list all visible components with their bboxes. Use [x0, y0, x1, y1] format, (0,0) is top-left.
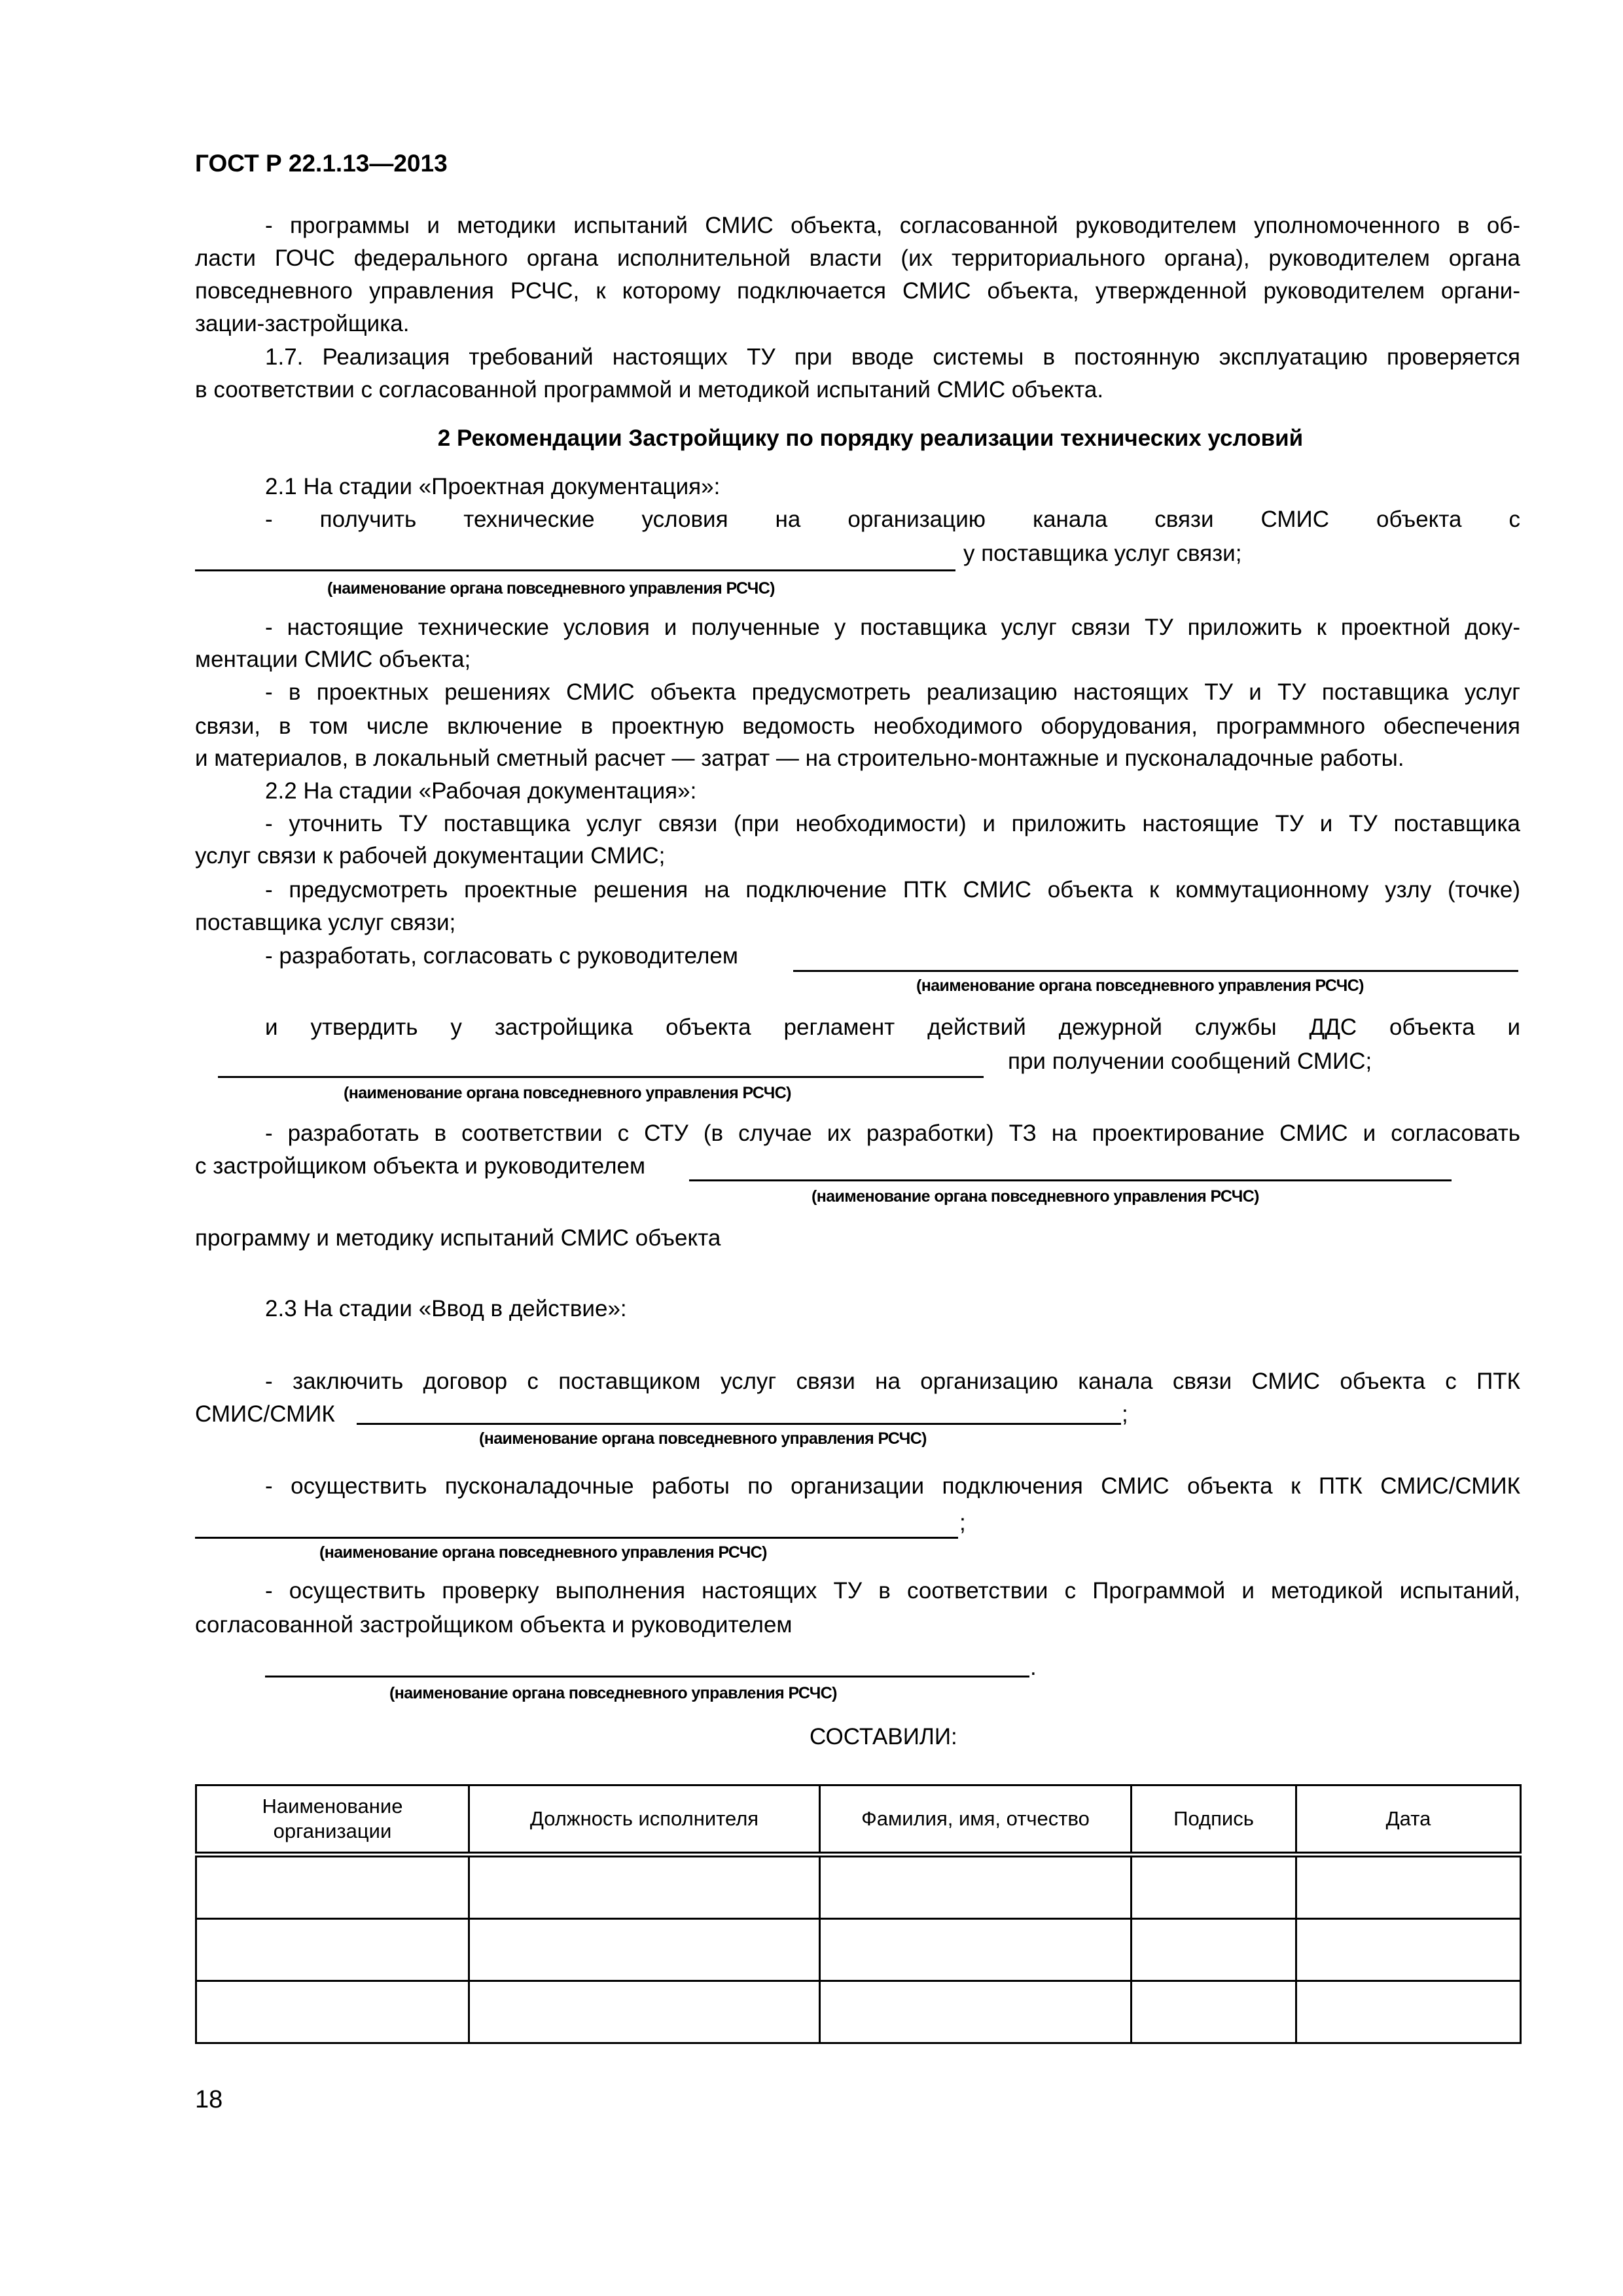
- list-item: - осуществить проверку выполнения настоя…: [265, 1578, 1520, 1604]
- column-header-full-name: Фамилия, имя, отчество: [820, 1785, 1132, 1855]
- blank-field-underline[interactable]: [195, 1537, 958, 1539]
- cell-date[interactable]: [1296, 1855, 1521, 1919]
- list-item-tail: при получении сообщений СМИС;: [1008, 1049, 1372, 1075]
- signatures-title: СОСТАВИЛИ:: [810, 1724, 957, 1750]
- blank-field-underline[interactable]: [218, 1076, 984, 1078]
- table-header-row: Наименование организации Должность испол…: [196, 1785, 1521, 1855]
- field-caption: (наименование органа повседневного управ…: [479, 1429, 927, 1448]
- list-item: программу и методику испытаний СМИС объе…: [195, 1225, 721, 1251]
- subsection-2-2-heading: 2.2 На стадии «Рабочая документация»:: [265, 778, 696, 804]
- list-item: согласованной застройщиком объекта и рук…: [195, 1612, 793, 1638]
- cell-position[interactable]: [469, 1981, 820, 2043]
- field-caption: (наименование органа повседневного управ…: [811, 1187, 1259, 1206]
- list-item: СМИС/СМИК: [195, 1401, 335, 1427]
- column-header-date: Дата: [1296, 1785, 1521, 1855]
- list-item-tail: у поставщика услуг связи;: [963, 541, 1241, 567]
- document-code: ГОСТ Р 22.1.13—2013: [195, 149, 448, 178]
- section-title: 2 Рекомендации Застройщику по порядку ре…: [0, 425, 1623, 452]
- field-caption: (наименование органа повседневного управ…: [327, 579, 775, 598]
- cell-signature[interactable]: [1132, 1855, 1296, 1919]
- list-item: - предусмотреть проектные решения на под…: [265, 877, 1520, 903]
- column-header-signature: Подпись: [1132, 1785, 1296, 1855]
- list-item: связи, в том числе включение в проектную…: [195, 713, 1520, 740]
- column-header-position: Должность исполнителя: [469, 1785, 820, 1855]
- cell-organization[interactable]: [196, 1981, 469, 2043]
- cell-date[interactable]: [1296, 1919, 1521, 1981]
- list-item-tail: ;: [959, 1510, 966, 1536]
- list-item: с застройщиком объекта и руководителем: [195, 1153, 645, 1179]
- intro-line: ласти ГОЧС федерального органа исполните…: [195, 245, 1520, 272]
- table-row: [196, 1855, 1521, 1919]
- cell-full-name[interactable]: [820, 1919, 1132, 1981]
- cell-signature[interactable]: [1132, 1919, 1296, 1981]
- list-item: - уточнить ТУ поставщика услуг связи (пр…: [265, 811, 1520, 837]
- cell-position[interactable]: [469, 1919, 820, 1981]
- cell-organization[interactable]: [196, 1919, 469, 1981]
- subsection-2-3-heading: 2.3 На стадии «Ввод в действие»:: [265, 1296, 627, 1322]
- table-row: [196, 1981, 1521, 2043]
- column-header-organization: Наименование организации: [196, 1785, 469, 1855]
- paragraph-1-7: в соответствии с согласованной программо…: [195, 377, 1103, 403]
- list-item: - в проектных решениях СМИС объекта пред…: [265, 679, 1520, 706]
- subsection-2-1-heading: 2.1 На стадии «Проектная документация»:: [265, 474, 720, 500]
- intro-line: - программы и методики испытаний СМИС об…: [265, 213, 1520, 239]
- intro-line: повседневного управления РСЧС, к котором…: [195, 278, 1520, 304]
- signatures-table: Наименование организации Должность испол…: [195, 1784, 1522, 2044]
- list-item: - разработать, согласовать с руководител…: [265, 943, 738, 969]
- cell-full-name[interactable]: [820, 1981, 1132, 2043]
- field-caption: (наименование органа повседневного управ…: [319, 1543, 767, 1562]
- list-item-tail: .: [1030, 1655, 1037, 1681]
- list-item: и утвердить у застройщика объекта реглам…: [265, 1014, 1520, 1041]
- list-item: услуг связи к рабочей документации СМИС;: [195, 843, 665, 869]
- intro-line: зации-застройщика.: [195, 311, 409, 337]
- blank-field-underline[interactable]: [793, 970, 1518, 972]
- list-item-tail: ;: [1122, 1401, 1128, 1427]
- list-item: и материалов, в локальный сметный расчет…: [195, 745, 1404, 772]
- field-caption: (наименование органа повседневного управ…: [389, 1683, 837, 1703]
- list-item: ментации СМИС объекта;: [195, 647, 471, 673]
- field-caption: (наименование органа повседневного управ…: [344, 1083, 791, 1103]
- cell-position[interactable]: [469, 1855, 820, 1919]
- blank-field-underline[interactable]: [689, 1179, 1452, 1181]
- list-item: - получить технические условия на органи…: [265, 507, 1520, 533]
- blank-field-underline[interactable]: [265, 1676, 1029, 1677]
- cell-signature[interactable]: [1132, 1981, 1296, 2043]
- list-item: - заключить договор с поставщиком услуг …: [265, 1369, 1520, 1395]
- list-item: - настоящие технические условия и получе…: [265, 615, 1520, 641]
- cell-organization[interactable]: [196, 1855, 469, 1919]
- paragraph-1-7: 1.7. Реализация требований настоящих ТУ …: [265, 344, 1520, 370]
- field-caption: (наименование органа повседневного управ…: [916, 976, 1364, 996]
- cell-date[interactable]: [1296, 1981, 1521, 2043]
- cell-full-name[interactable]: [820, 1855, 1132, 1919]
- list-item: - осуществить пусконаладочные работы по …: [265, 1473, 1520, 1499]
- list-item: - разработать в соответствии с СТУ (в сл…: [265, 1121, 1520, 1147]
- blank-field-underline[interactable]: [195, 569, 955, 571]
- page-number: 18: [195, 2085, 223, 2114]
- blank-field-underline[interactable]: [357, 1423, 1121, 1425]
- list-item: поставщика услуг связи;: [195, 910, 455, 936]
- table-row: [196, 1919, 1521, 1981]
